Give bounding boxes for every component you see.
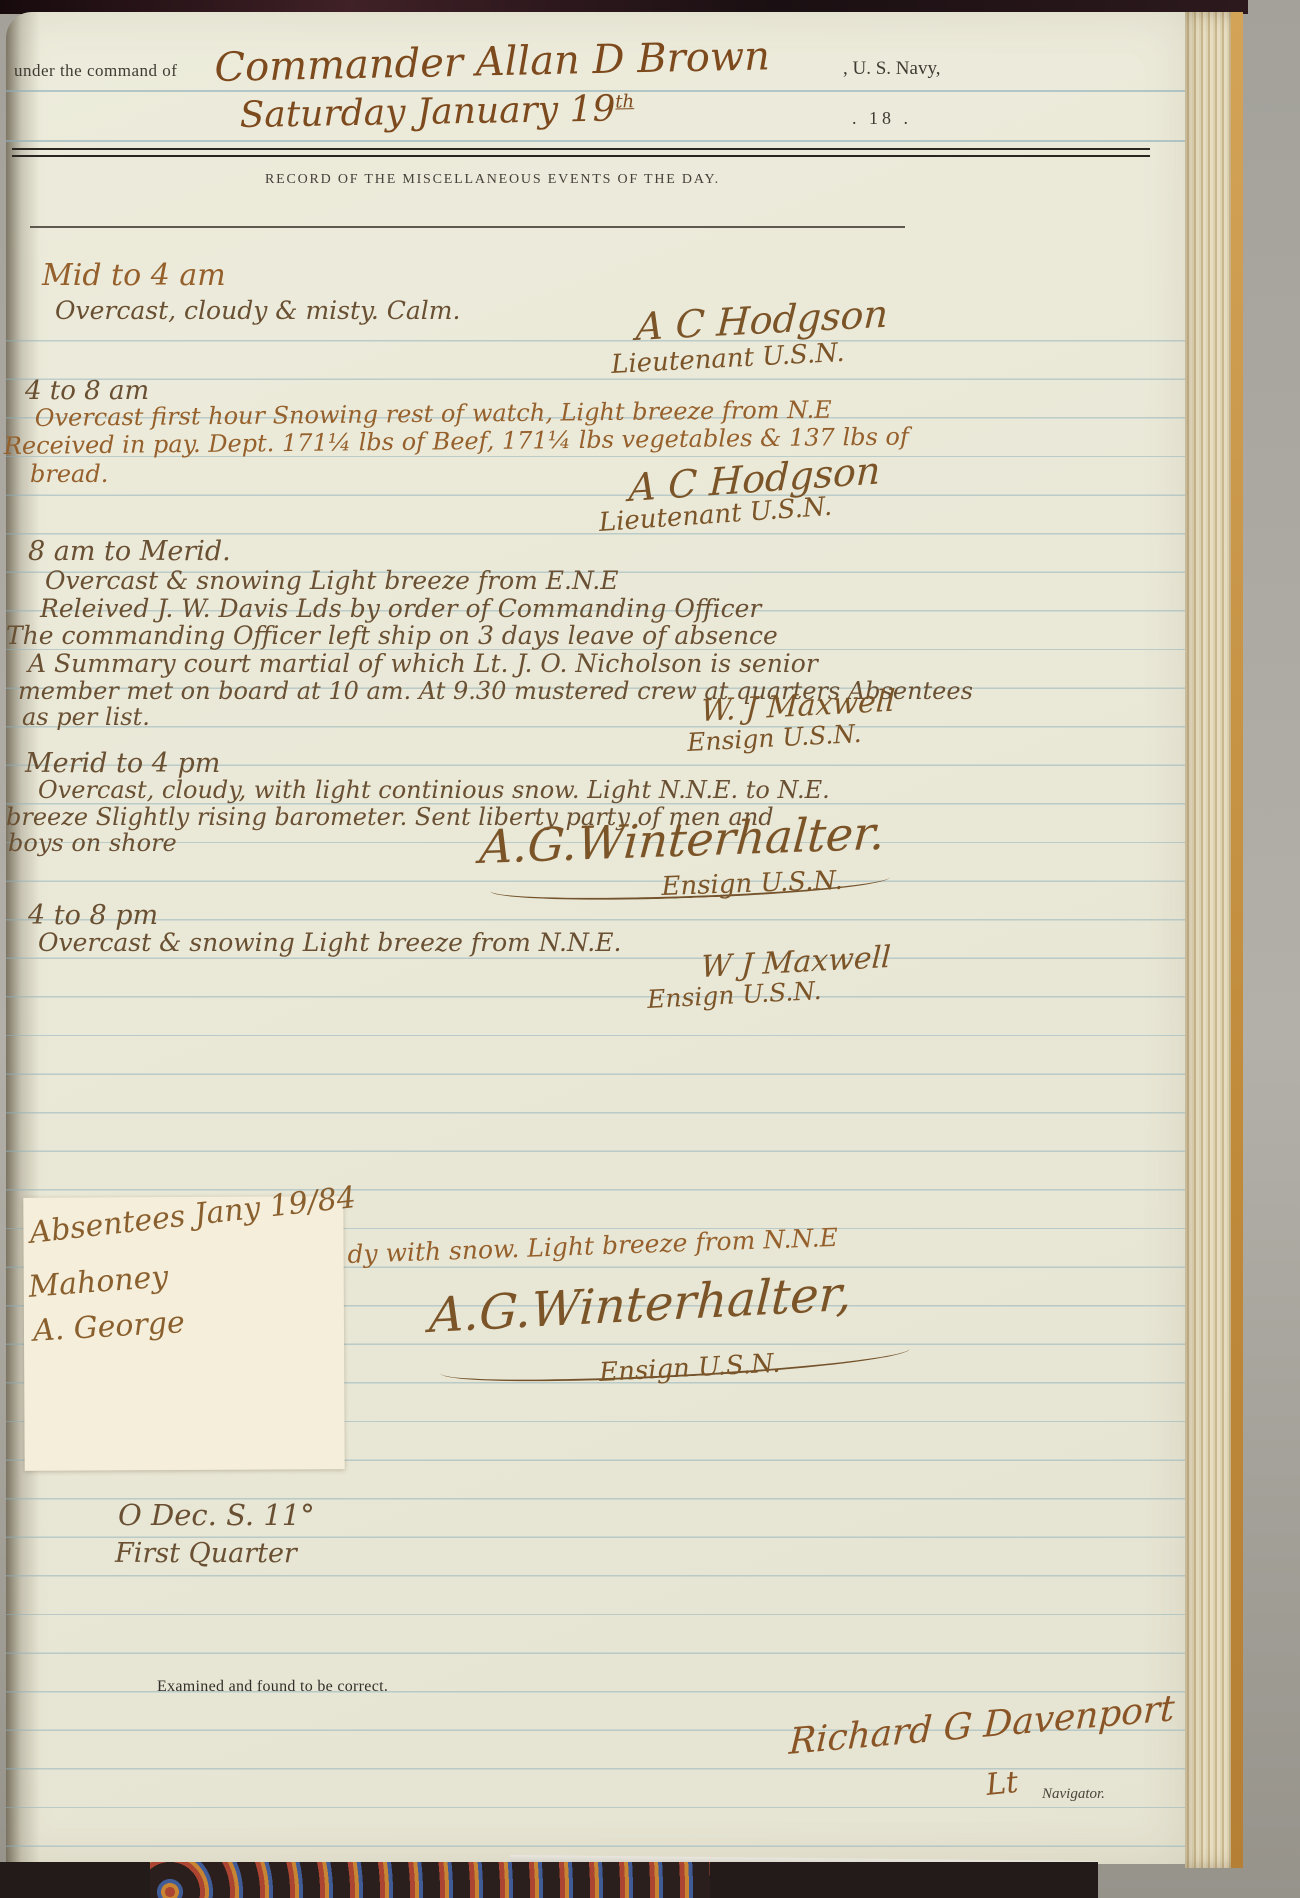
entry-line: Releived J. W. Davis Lds by order of Com…: [40, 594, 761, 623]
date-handwriting: Saturday January 19th: [239, 88, 634, 136]
examined-statement: Examined and found to be correct.: [157, 1678, 388, 1696]
commander-name-handwriting: Commander Allan D Brown: [214, 33, 770, 91]
watch-heading: 4 to 8 pm: [28, 900, 158, 931]
date-ordinal-suffix: th: [615, 91, 634, 112]
watch-heading: 4 to 8 am: [25, 376, 149, 406]
logbook-scan: under the command of Commander Allan D B…: [0, 0, 1300, 1898]
printed-command-prefix: under the command of: [14, 61, 177, 81]
entry-line: Overcast & snowing Light breeze from E.N…: [45, 566, 618, 595]
header-ruled-line: [6, 140, 1186, 142]
printed-navigator-title: Navigator.: [1042, 1786, 1105, 1803]
navigator-rank-abbrev: Lt: [984, 1765, 1019, 1803]
entry-line: Overcast & snowing Light breeze from N.N…: [38, 928, 621, 957]
printed-navy-suffix: , U. S. Navy,: [843, 58, 940, 80]
date-main: Saturday January 19: [239, 88, 615, 136]
section-divider: [30, 226, 905, 228]
entry-line: Overcast, cloudy & misty. Calm.: [55, 296, 460, 325]
watch-heading: Mid to 4 am: [42, 258, 226, 293]
note-line: Mahoney: [27, 1259, 169, 1304]
watch-heading: 8 am to Merid.: [28, 536, 231, 567]
entry-line: The commanding Officer left ship on 3 da…: [6, 621, 778, 650]
entry-line: bread.: [30, 460, 108, 488]
pasted-absentee-note: Absentees Jany 19/84 Mahoney A. George: [23, 1196, 344, 1471]
logbook-page: under the command of Commander Allan D B…: [6, 12, 1186, 1864]
note-line: A. George: [32, 1305, 186, 1349]
sun-declination-note: O Dec. S. 11°: [118, 1498, 315, 1532]
signature-rank: Ensign U.S.N.: [661, 866, 843, 902]
page-edge-stack: [1185, 12, 1243, 1868]
entry-line: boys on shore: [8, 829, 177, 857]
watch-heading: Merid to 4 pm: [25, 748, 220, 779]
printed-year-blank: . 18 .: [852, 108, 912, 129]
book-bottom-edge: [0, 1862, 1098, 1898]
marbled-edge: [150, 1862, 710, 1898]
entry-line: A Summary court martial of which Lt. J. …: [28, 649, 818, 678]
entry-line: Overcast, cloudy, with light continious …: [38, 776, 830, 804]
fore-edge: [1231, 12, 1243, 1868]
record-section-title: RECORD OF THE MISCELLANEOUS EVENTS OF TH…: [265, 172, 680, 188]
entry-line: as per list.: [22, 703, 150, 731]
moon-phase-note: First Quarter: [115, 1538, 297, 1569]
header-divider: [12, 148, 1150, 157]
